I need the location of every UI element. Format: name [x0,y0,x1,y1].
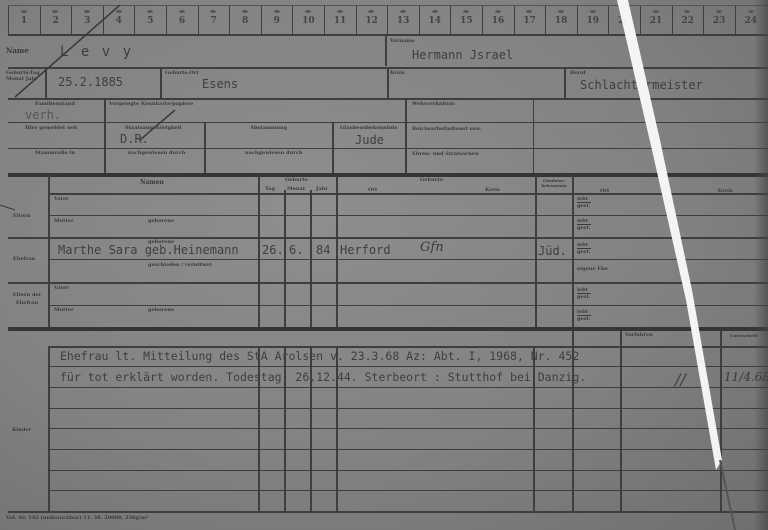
marital-status-value: verh. [25,108,61,122]
proven-by-label-2: nachgewiesen durch [245,150,302,156]
given-names-value: Hermann Jsrael [412,48,513,62]
column-number: 13 [388,16,418,26]
mother-label: Mutter [54,218,74,224]
column-number: 2 [41,16,71,26]
birth-date-label: Geburts-Tag Monat Jahr [6,70,46,82]
punch-hole-icon [463,10,469,13]
column-number: 22 [673,16,703,26]
column-divider [419,6,420,34]
children-col-7 [620,330,622,511]
spouse-birth-month: 6. [289,243,303,257]
spouse-father-label: Vater [54,285,69,291]
surname-label: Name [6,46,29,55]
column-divider [387,6,388,34]
military-label: Wehrverhältnis [412,101,455,107]
column-number: 3 [72,16,102,26]
punch-hole-icon [52,10,58,13]
children-header-bottom [48,346,768,348]
family-table-bottom [8,327,768,331]
spouse-birth-day: 26. [262,243,284,257]
column-number: 14 [420,16,450,26]
column-divider [672,6,673,34]
punch-hole-icon [210,10,216,13]
column-divider [735,6,736,34]
column-number: 15 [451,16,481,26]
punch-hole-icon [84,10,90,13]
header-religion: Glaubens-bekenntnis [537,178,571,188]
spouse-birth-year: 84 [316,243,330,257]
children-col-8 [720,330,722,511]
occupation-label: Beruf [570,70,586,76]
column-number: 11 [325,16,355,26]
column-number: 23 [704,16,734,26]
column-number: 18 [546,16,576,26]
birth-date-label-divider [45,68,47,98]
column-number: 4 [104,16,134,26]
punch-hole-icon [21,10,27,13]
spouse-mother-alive-died: lebtgest. [577,309,591,322]
spouse-group-bottom [8,282,768,284]
column-divider [261,6,262,34]
header-day: Tag [265,186,275,192]
spouse-mother-born-label: geborene [148,307,174,313]
column-number: 20 [609,16,639,26]
punch-hole-icon [621,10,627,13]
column-number: 1 [9,16,39,26]
column-number: 7 [199,16,229,26]
spouse-divorced-label: geschieden / verwitwet [148,262,212,268]
header-month: Monat [287,186,305,192]
column-divider [103,6,104,34]
religion-label: Glaubensbekenntnis [340,125,397,131]
punch-hole-icon [526,10,532,13]
children-row-line [48,490,768,491]
previous-label: Vorfahren [625,332,653,338]
middle-block-divider [405,98,407,174]
column-divider [640,6,641,34]
column-number: 5 [135,16,165,26]
spouse-father-row-bottom [48,305,768,306]
punch-hole-icon [179,10,185,13]
column-divider [324,6,325,34]
form-number: Vol. Nr. 142 (unbrauchbar) 11. 38. 20000… [6,515,148,521]
punch-hole-icon [495,10,501,13]
family-table-top [8,173,768,177]
name-divider [385,36,387,66]
father-alive-died: lebtgest. [577,196,591,209]
column-divider [134,6,135,34]
citizenship-value: D.R. [120,132,149,146]
children-row-line [48,408,768,409]
marital-status-label: Familienstand [35,101,75,107]
birth-place-divider [387,68,389,98]
proven-by-label-1: nachgewiesen durch [128,150,185,156]
spouse-birth-place: Herford [340,243,391,257]
father-row-bottom [48,215,768,216]
column-divider [292,6,293,34]
column-number: 10 [293,16,323,26]
column-divider [40,6,41,34]
column-divider [356,6,357,34]
citizenship-row-bottom [8,148,768,149]
punch-hole-icon [716,10,722,13]
father-label: Vater [54,196,69,202]
column-divider [198,6,199,34]
honor-label: Ehren- und Strafsachen [412,151,479,157]
column-number: 9 [262,16,292,26]
birth-row-bottom [8,98,768,100]
labor-service-label: Reichsarbeitsdienst usw. [412,126,481,132]
column-divider [514,6,515,34]
documents-label: Vorgelegte Kennkarte/papiere [109,101,193,107]
district-divider [564,68,566,98]
children-row-line [48,366,768,367]
punch-hole-icon [305,10,311,13]
group-parents: Eltern [13,213,30,219]
residence-since-label: Hier gemeldet seit [25,125,77,131]
handwritten-mark: // [675,370,686,389]
remark-line-1: Ehefrau lt. Mitteilung des StA Arolsen v… [60,349,579,363]
punch-hole-icon [242,10,248,13]
number-strip-bottom [8,34,768,36]
spouse-father-alive-died: lebtgest. [577,287,591,300]
mother-alive-died: lebtgest. [577,218,591,231]
column-divider [577,6,578,34]
remark-line-2: für tot erklärt worden. Todestag: 26.12.… [60,370,586,384]
birth-date-divider [160,68,162,98]
documents-row-bottom [8,122,768,123]
column-number: 6 [167,16,197,26]
district-label: Kreis [390,70,405,76]
group-spouse: Ehefrau [13,256,35,262]
column-divider [703,6,704,34]
punch-hole-icon [653,10,659,13]
spouse-name: Marthe Sara geb.Heinemann [58,243,239,257]
given-names-label: Vorname [390,38,415,44]
punch-hole-icon [684,10,690,13]
spouse-alive-died: lebtgest. [577,242,591,255]
column-number: 8 [230,16,260,26]
punch-hole-icon [558,10,564,13]
punch-hole-icon [368,10,374,13]
column-number: 19 [578,16,608,26]
column-number: 16 [483,16,513,26]
punch-hole-icon [590,10,596,13]
header-year: Jahr [316,186,328,192]
punch-hole-icon [274,10,280,13]
column-divider [71,6,72,34]
spouse-birth-district-handwritten: Gfn [420,240,444,255]
children-row-line [48,387,768,388]
column-divider [166,6,167,34]
punch-hole-icon [116,10,122,13]
right-block-divider [533,98,534,174]
column-divider [229,6,230,34]
birth-place-label: Geburts-Ort [165,70,199,76]
own-marriage-label: eigene Ehe [577,266,608,272]
spouse-religion: Jüd. [538,244,567,258]
parents-group-bottom [8,237,768,239]
column-number: 17 [515,16,545,26]
religion-value: Jude [355,133,384,147]
edge-shadow [754,0,768,530]
registered-in-label: Stammrolle in [35,150,75,156]
registration-card: 123456789101112131415161718192021222324 … [0,0,768,530]
header-name: Namen [140,179,164,186]
header-row-bottom [48,193,768,195]
children-row-line [48,470,768,471]
spouse-mother-label: Mutter [54,307,74,313]
mother-born-label: geborene [148,218,174,224]
left-block-divider [104,98,106,174]
citizenship-label: Staatsangehörigkeit [125,125,182,131]
punch-hole-icon [147,10,153,13]
punch-hole-icon [400,10,406,13]
group-spouse-parents: Eltern der Ehefrau [12,291,42,307]
column-divider [482,6,483,34]
column-divider [608,6,609,34]
birth-date-value: 25.2.1885 [58,75,123,89]
children-row-line [48,428,768,429]
children-label: Kinder [12,427,31,433]
punch-hole-icon [337,10,343,13]
punch-hole-icon [748,10,754,13]
ancestry-label: Abstammung [250,125,287,131]
header-birth: Geburts- [285,177,309,183]
surname-value: L e v y [60,44,133,60]
occupation-value: Schlachtermeister [580,78,703,92]
column-number: 12 [357,16,387,26]
header-birth-2: Geburts- [420,177,444,183]
birth-place-value: Esens [202,77,238,91]
children-row-line [48,449,768,450]
column-number: 21 [641,16,671,26]
column-divider [450,6,451,34]
column-divider [545,6,546,34]
column-divider [8,6,9,34]
punch-hole-icon [432,10,438,13]
card-bottom-line [8,511,768,513]
spouse-row-bottom [48,259,768,260]
